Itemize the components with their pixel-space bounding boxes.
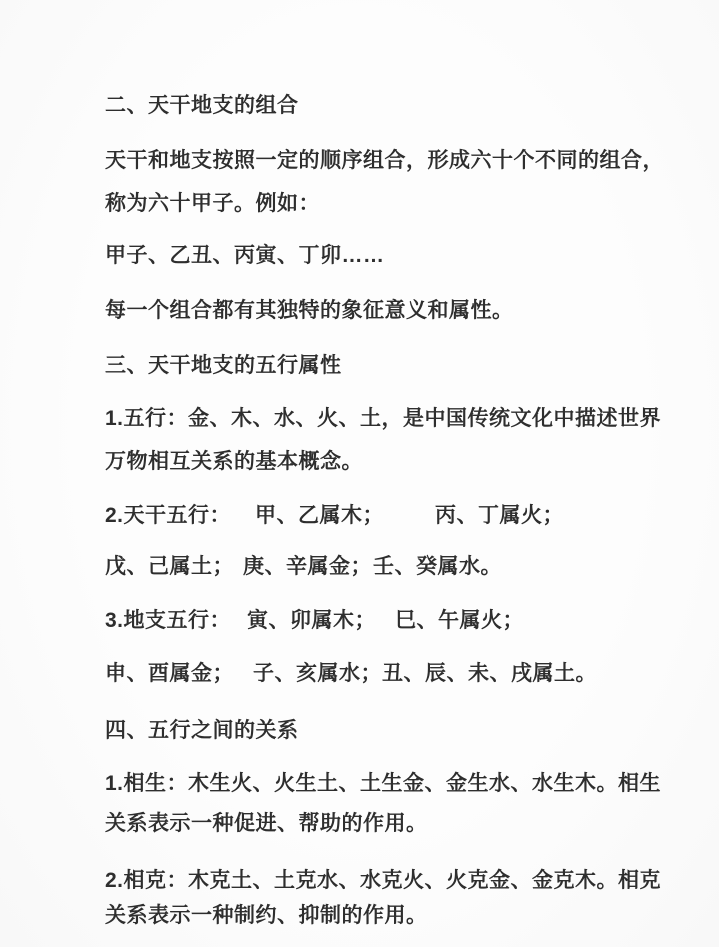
section-2-note-line: 每一个组合都有其独特的象征意义和属性。 <box>105 300 679 322</box>
xiangsheng-line-1: 1.相生：木生火、火生土、土生金、金生水、水生木。相生 <box>105 773 679 795</box>
section-3-heading: 三、天干地支的五行属性 <box>105 355 679 377</box>
tiangan-row2-metal: 庚、辛属金； <box>243 556 373 578</box>
section-2-intro-line-2: 称为六十甲子。例如： <box>105 193 679 215</box>
dizhi-row1-label: 3.地支五行： <box>105 610 247 632</box>
tiangan-row2-water: 壬、癸属水。 <box>373 556 502 578</box>
wuxing-definition-line-1: 1.五行：金、木、水、火、土，是中国传统文化中描述世界 <box>105 408 679 430</box>
section-2-heading: 二、天干地支的组合 <box>105 95 679 117</box>
dizhi-row2-metal: 申、酉属金； <box>105 663 253 685</box>
section-2-example-line: 甲子、乙丑、丙寅、丁卯…… <box>105 245 679 267</box>
dizhi-row2-earth: 丑、辰、未、戌属土。 <box>382 663 597 685</box>
dizhi-row2-water: 子、亥属水； <box>253 663 382 685</box>
tiangan-row1-label: 2.天干五行： <box>105 505 255 527</box>
xiangsheng-line-2: 关系表示一种促进、帮助的作用。 <box>105 813 679 835</box>
section-2-intro-line-1: 天干和地支按照一定的顺序组合，形成六十个不同的组合， <box>105 150 679 172</box>
dizhi-wuxing-row-2: 申、酉属金；子、亥属水；丑、辰、未、戌属土。 <box>105 663 679 685</box>
dizhi-row1-wood: 寅、卯属木； <box>247 610 395 632</box>
tiangan-row1-wood: 甲、乙属木； <box>255 505 435 527</box>
dizhi-row1-fire: 巳、午属火； <box>395 610 524 632</box>
tiangan-wuxing-row-2: 戊、己属土；庚、辛属金；壬、癸属水。 <box>105 556 679 578</box>
document-page: 二、天干地支的组合 天干和地支按照一定的顺序组合，形成六十个不同的组合， 称为六… <box>0 0 719 947</box>
dizhi-wuxing-row-1: 3.地支五行：寅、卯属木；巳、午属火； <box>105 610 679 632</box>
xiangke-line-2: 关系表示一种制约、抑制的作用。 <box>105 905 679 927</box>
tiangan-wuxing-row-1: 2.天干五行：甲、乙属木；丙、丁属火； <box>105 505 679 527</box>
section-4-heading: 四、五行之间的关系 <box>105 720 679 742</box>
tiangan-row1-fire: 丙、丁属火； <box>435 505 564 527</box>
xiangke-line-1: 2.相克：木克土、土克水、水克火、火克金、金克木。相克 <box>105 870 679 892</box>
wuxing-definition-line-2: 万物相互关系的基本概念。 <box>105 451 679 473</box>
tiangan-row2-earth: 戊、己属土； <box>105 556 243 578</box>
